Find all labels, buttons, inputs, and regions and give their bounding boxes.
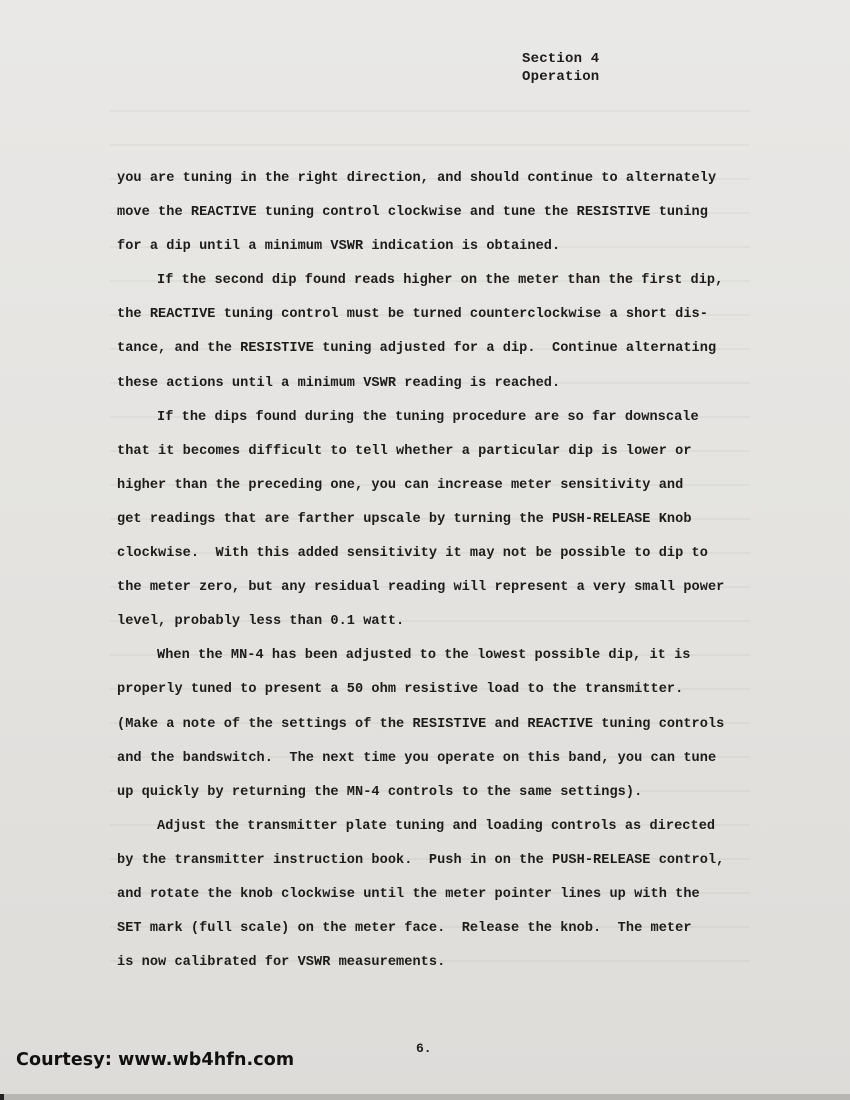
text-line: you are tuning in the right direction, a…: [117, 162, 737, 196]
text-line: Adjust the transmitter plate tuning and …: [117, 810, 737, 844]
text-line: SET mark (full scale) on the meter face.…: [117, 912, 737, 946]
text-line: properly tuned to present a 50 ohm resis…: [117, 673, 737, 707]
document-page: Section 4 Operation you are tuning in th…: [0, 0, 850, 1100]
text-line: If the dips found during the tuning proc…: [117, 401, 737, 435]
text-line: (Make a note of the settings of the RESI…: [117, 708, 737, 742]
text-line: move the REACTIVE tuning control clockwi…: [117, 196, 737, 230]
text-line: and the bandswitch. The next time you op…: [117, 742, 737, 776]
text-line: these actions until a minimum VSWR readi…: [117, 367, 737, 401]
text-line: is now calibrated for VSWR measurements.: [117, 946, 737, 980]
text-line: by the transmitter instruction book. Pus…: [117, 844, 737, 878]
text-line: tance, and the RESISTIVE tuning adjusted…: [117, 332, 737, 366]
scan-edge-mark: [0, 1094, 4, 1100]
paragraph: Adjust the transmitter plate tuning and …: [117, 810, 737, 980]
paragraph: If the dips found during the tuning proc…: [117, 401, 737, 640]
page-number: 6.: [416, 1041, 432, 1056]
courtesy-watermark: Courtesy: www.wb4hfn.com: [16, 1050, 294, 1070]
text-line: the REACTIVE tuning control must be turn…: [117, 298, 737, 332]
text-line: that it becomes difficult to tell whethe…: [117, 435, 737, 469]
text-line: higher than the preceding one, you can i…: [117, 469, 737, 503]
section-title: Operation: [522, 68, 599, 86]
text-line: clockwise. With this added sensitivity i…: [117, 537, 737, 571]
text-line: for a dip until a minimum VSWR indicatio…: [117, 230, 737, 264]
text-line: level, probably less than 0.1 watt.: [117, 605, 737, 639]
body-text: you are tuning in the right direction, a…: [117, 162, 737, 980]
text-line: When the MN-4 has been adjusted to the l…: [117, 639, 737, 673]
paragraph: If the second dip found reads higher on …: [117, 264, 737, 400]
text-line: the meter zero, but any residual reading…: [117, 571, 737, 605]
text-line: If the second dip found reads higher on …: [117, 264, 737, 298]
text-line: get readings that are farther upscale by…: [117, 503, 737, 537]
scan-bottom-edge: [0, 1094, 850, 1100]
paragraph: you are tuning in the right direction, a…: [117, 162, 737, 264]
text-line: and rotate the knob clockwise until the …: [117, 878, 737, 912]
page-header: Section 4 Operation: [522, 50, 599, 86]
section-label: Section 4: [522, 50, 599, 68]
paragraph: When the MN-4 has been adjusted to the l…: [117, 639, 737, 809]
text-line: up quickly by returning the MN-4 control…: [117, 776, 737, 810]
